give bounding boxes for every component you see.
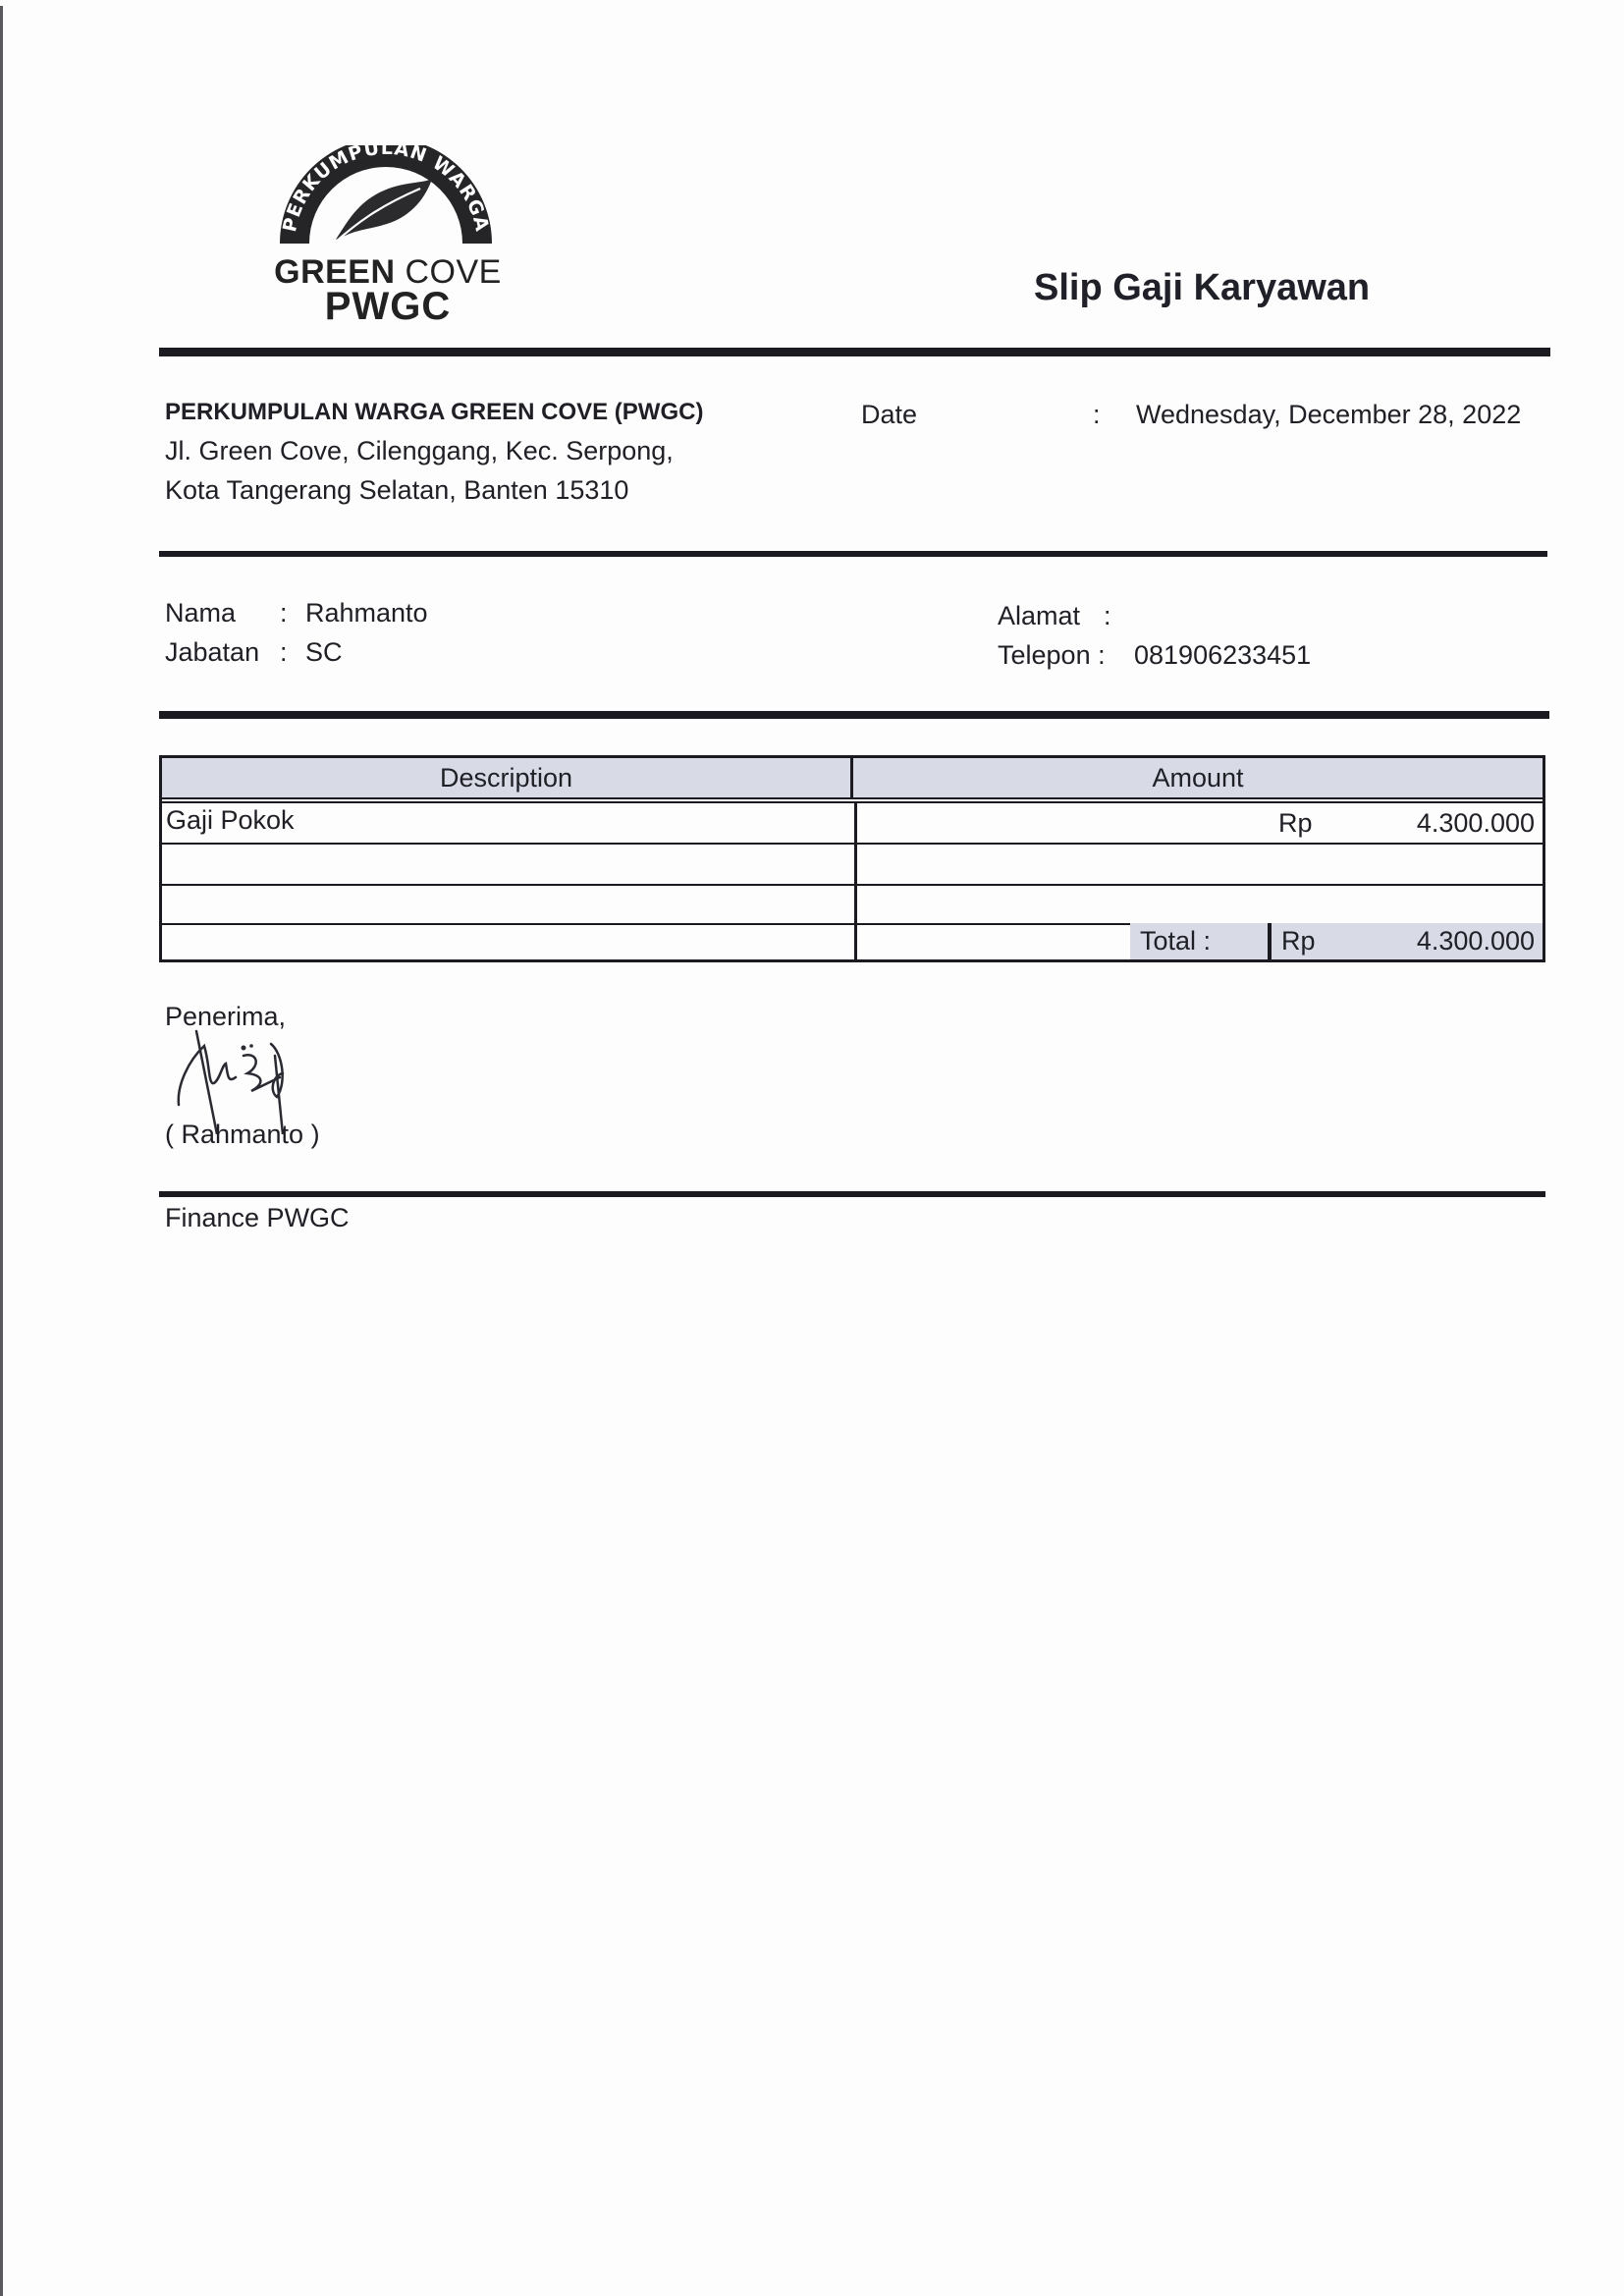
company-name: PERKUMPULAN WARGA GREEN COVE (PWGC) bbox=[165, 399, 703, 426]
divider bbox=[159, 348, 1550, 356]
company-address-line1: Jl. Green Cove, Cilenggang, Kec. Serpong… bbox=[165, 436, 674, 466]
name-label: Nama bbox=[165, 598, 236, 629]
row-description: Gaji Pokok bbox=[162, 803, 857, 843]
header-amount: Amount bbox=[853, 758, 1543, 797]
company-address-line2: Kota Tangerang Selatan, Banten 15310 bbox=[165, 475, 628, 506]
row-amount: 4.300.000 bbox=[1417, 803, 1535, 843]
row-currency: Rp bbox=[1278, 803, 1313, 843]
table-row bbox=[162, 845, 1543, 886]
total-label: Total : bbox=[1130, 923, 1268, 959]
date-value: Wednesday, December 28, 2022 bbox=[1136, 400, 1521, 430]
phone-value: 081906233451 bbox=[1134, 640, 1311, 671]
scan-edge bbox=[0, 6, 3, 2296]
document-title: Slip Gaji Karyawan bbox=[1034, 267, 1370, 309]
leaf-arc-icon: PERKUMPULAN WARGA bbox=[265, 145, 511, 253]
date-label: Date bbox=[861, 400, 917, 430]
total-row-description bbox=[162, 923, 857, 959]
table-row bbox=[162, 884, 1543, 925]
header-description: Description bbox=[162, 758, 853, 797]
position-label: Jabatan bbox=[165, 637, 259, 668]
address-colon: : bbox=[1104, 601, 1111, 631]
date-colon: : bbox=[1093, 400, 1101, 430]
divider bbox=[159, 711, 1549, 719]
name-colon: : bbox=[280, 598, 288, 629]
total-row: Total : Rp 4.300.000 bbox=[162, 923, 1543, 959]
divider bbox=[159, 1191, 1545, 1197]
pwgc-logo: PERKUMPULAN WARGA GREEN COVE PWGC bbox=[265, 145, 511, 332]
name-value: Rahmanto bbox=[305, 598, 428, 629]
address-label: Alamat bbox=[998, 601, 1080, 631]
total-amount: 4.300.000 bbox=[1417, 923, 1535, 958]
signature-icon bbox=[167, 1026, 324, 1134]
recipient-name: ( Rahmanto ) bbox=[165, 1120, 320, 1150]
logo-pwgc: PWGC bbox=[265, 285, 511, 329]
position-value: SC bbox=[305, 637, 343, 668]
total-amount-cell: Rp 4.300.000 bbox=[1268, 923, 1543, 959]
footer-finance: Finance PWGC bbox=[165, 1203, 350, 1233]
total-currency: Rp bbox=[1281, 923, 1316, 958]
table-row: Gaji Pokok Rp 4.300.000 bbox=[162, 803, 1543, 845]
position-colon: : bbox=[280, 637, 288, 668]
phone-label: Telepon : bbox=[998, 640, 1106, 671]
row-description bbox=[162, 845, 857, 884]
row-description bbox=[162, 884, 857, 923]
divider bbox=[159, 551, 1547, 557]
salary-table: Description Amount Gaji Pokok Rp 4.300.0… bbox=[159, 755, 1545, 962]
